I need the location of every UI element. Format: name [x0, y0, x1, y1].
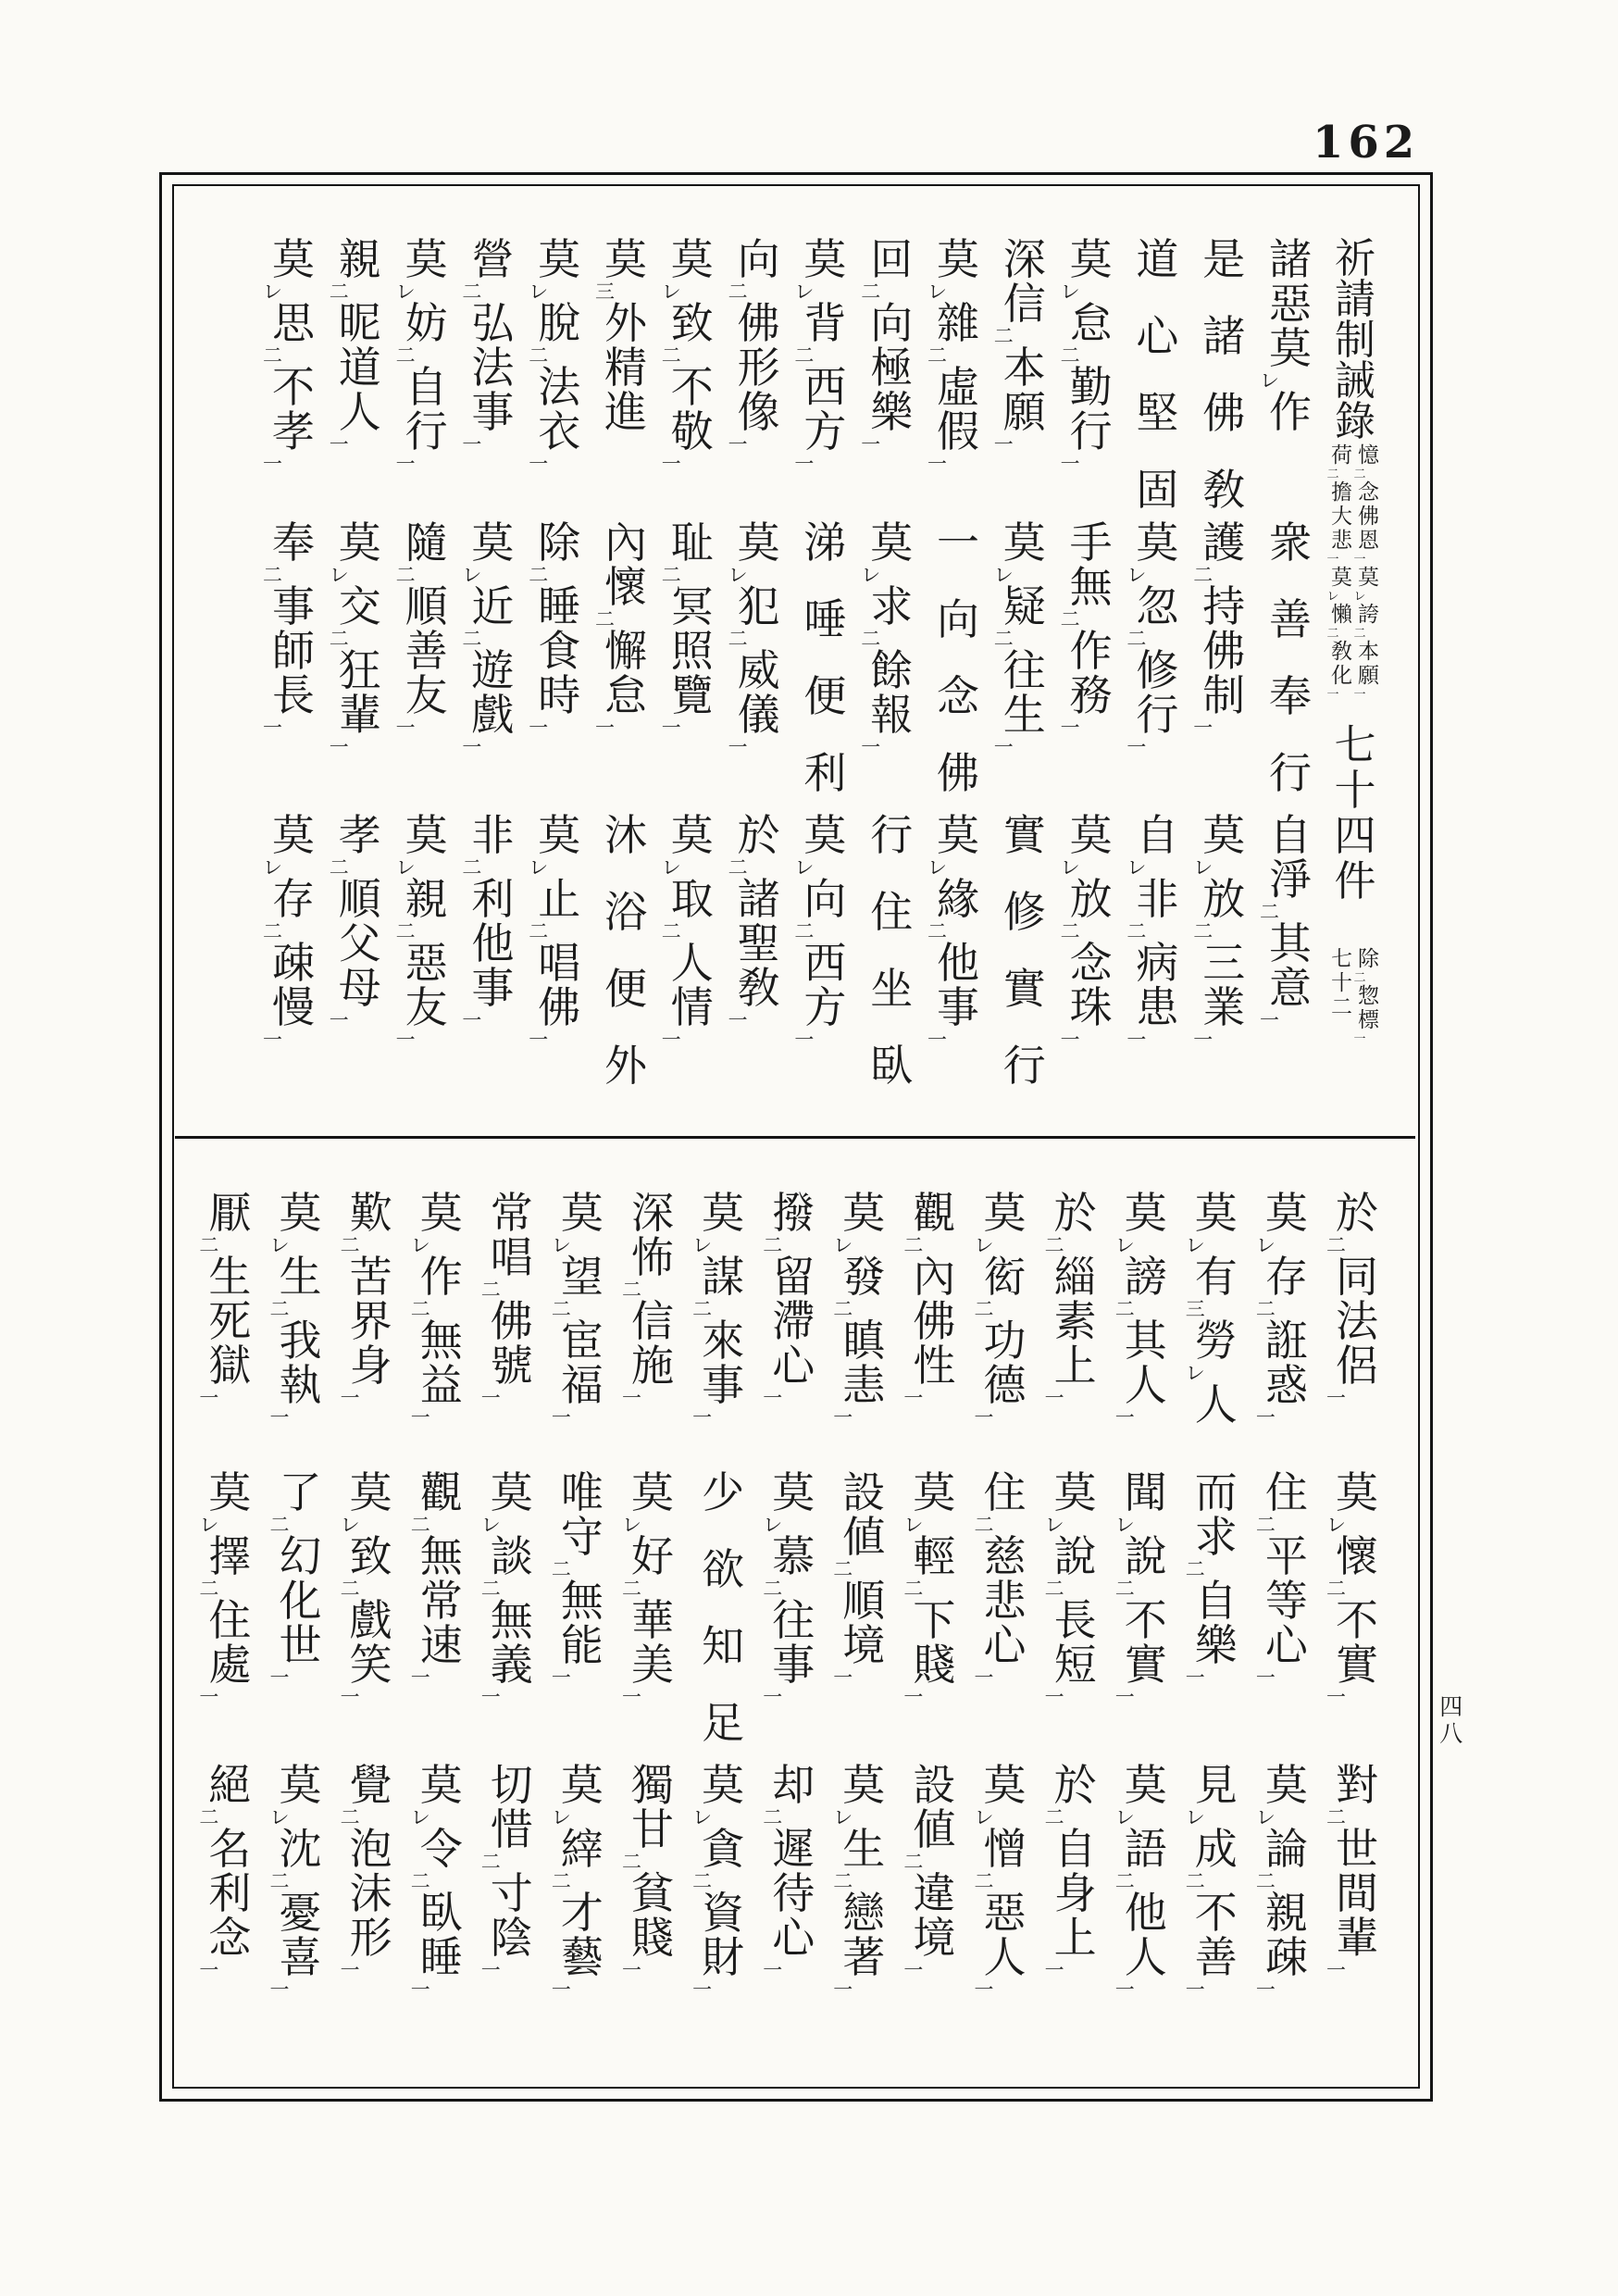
- kaeriten-mark: レ: [1256, 1809, 1276, 1826]
- kaeriten-mark: 一: [903, 1962, 923, 1978]
- kanji-char: 莫: [604, 239, 647, 281]
- kanji-char: 業: [1202, 987, 1245, 1029]
- kanji-char: 莫: [937, 815, 979, 856]
- kanji-char: 除: [1358, 948, 1379, 970]
- kanji-char: 照: [671, 630, 714, 672]
- kaeriten-mark: 一: [270, 1669, 290, 1686]
- kaeriten-mark: 二: [411, 1873, 430, 1890]
- kanji-char: 令: [420, 1828, 463, 1870]
- kaeriten-mark: レ: [1126, 567, 1146, 583]
- phrase-block: 於二諸聖敎一: [736, 815, 782, 1029]
- phrase-block: 莫レ背二西方一: [802, 239, 848, 472]
- kaeriten-mark: 一: [1354, 1033, 1366, 1044]
- kanji-char: 住: [1265, 1472, 1308, 1514]
- interlinear-note-line: 七十二: [1330, 948, 1354, 1044]
- kanji-char: 祈: [1335, 239, 1375, 280]
- kanji-char: 於: [738, 815, 780, 856]
- phrase-block: 莫レ生二我執一: [278, 1192, 324, 1426]
- kaeriten-mark: 二: [1326, 1809, 1346, 1826]
- phrase-block: 觀二內佛性一: [911, 1192, 957, 1406]
- kanji-char: 待: [772, 1873, 815, 1915]
- phrase-block: 莫レ貪二資財一: [700, 1765, 746, 1998]
- kanji-char: 生: [208, 1256, 251, 1298]
- phrase-block: 莫レ沈二憂喜一: [278, 1765, 324, 1998]
- kanji-char: 珠: [1070, 987, 1113, 1029]
- kaeriten-mark: 二: [1126, 923, 1146, 940]
- kaeriten-mark: 二: [552, 1561, 571, 1578]
- kanji-char: 對: [1336, 1765, 1378, 1806]
- kanji-char: 致: [671, 303, 714, 344]
- kaeriten-mark: 二: [1115, 1873, 1135, 1890]
- phrase-block: 常唱二佛號一: [489, 1192, 535, 1406]
- kanji-char: 坐: [870, 968, 913, 1010]
- kanji-char: 世: [280, 1625, 322, 1666]
- kanji-char: 務: [1070, 675, 1113, 717]
- kanji-char: 行: [405, 411, 448, 453]
- kanji-char: 設: [842, 1472, 885, 1514]
- kanji-char: 莫: [1070, 239, 1113, 281]
- phrase-block: 却二遲待心一: [770, 1765, 816, 1978]
- phrase-block: 莫レ存二疎慢一: [270, 815, 317, 1048]
- kanji-char: 化: [1331, 665, 1352, 687]
- kaeriten-mark: 一: [263, 719, 282, 736]
- kanji-char: 莫: [208, 1472, 251, 1514]
- kaeriten-mark: 二: [975, 1873, 994, 1890]
- kanji-char: 浴: [604, 892, 647, 933]
- kanji-char: 莫: [1195, 1192, 1238, 1234]
- kaeriten-mark: 一: [763, 1962, 782, 1978]
- kaeriten-mark: レ: [481, 1516, 501, 1533]
- kaeriten-mark: 二: [396, 347, 416, 364]
- phrase-block: 絕二名利念一: [206, 1765, 253, 1978]
- kanji-char: 敬: [671, 411, 714, 453]
- kaeriten-mark: 二: [270, 1873, 290, 1890]
- kanji-char: 人: [339, 392, 381, 433]
- kanji-char: 莫: [405, 815, 448, 856]
- kaeriten-mark: 二: [833, 1873, 853, 1890]
- kanji-char: 往: [772, 1600, 815, 1641]
- kaeriten-mark: 二: [622, 1853, 641, 1870]
- kaeriten-mark: レ: [833, 1237, 853, 1254]
- kaeriten-mark: 一: [975, 1669, 994, 1686]
- kanji-char: 誡: [1335, 361, 1375, 402]
- kanji-char: 諸: [738, 879, 780, 920]
- kaeriten-mark: 二: [270, 1516, 290, 1533]
- phrase-block: 非二利他事一: [469, 815, 516, 1029]
- kaeriten-mark: 一: [763, 1689, 782, 1705]
- kanji-char: 說: [1054, 1536, 1097, 1578]
- kanji-char: 說: [1125, 1536, 1167, 1578]
- kanbun-column: 莫レ存二誑惑一住二平等心一莫レ論二親疎一: [1263, 1189, 1310, 2040]
- kanji-char: 寸: [491, 1873, 533, 1915]
- kanji-char: 獄: [208, 1345, 251, 1387]
- phrase-block: 莫レ放二念珠一: [1068, 815, 1114, 1048]
- phrase-block: 營二弘法事一: [469, 239, 516, 453]
- kanbun-column: 莫レ謀二來事一少欲知足莫レ貪二資財一: [700, 1189, 746, 2040]
- kanji-char: 莫: [1202, 815, 1245, 856]
- phrase-block: 自淨二其意一: [1267, 815, 1313, 1029]
- kanji-char: 狂: [339, 650, 381, 692]
- phrase-block: 莫レ怠二勤行一: [1068, 239, 1114, 472]
- kanji-char: 知: [702, 1626, 744, 1667]
- kanji-char: 少: [702, 1472, 744, 1514]
- kanji-char: 無: [420, 1536, 463, 1578]
- interlinear-note-line: 荷二擔大悲一莫レ懶二敎化一: [1330, 444, 1354, 700]
- kanji-char: 惡: [1269, 283, 1312, 325]
- kaeriten-mark: 一: [903, 1390, 923, 1406]
- kanji-char: 疑: [1003, 586, 1046, 628]
- kanji-char: 切: [491, 1765, 533, 1806]
- kanji-char: 忽: [1136, 586, 1178, 628]
- kanji-char: 虛: [937, 367, 979, 408]
- kaeriten-mark: レ: [1115, 1516, 1135, 1533]
- kaeriten-mark: 二: [529, 347, 548, 364]
- kaeriten-mark: レ: [270, 1809, 290, 1826]
- kanji-char: 於: [1054, 1192, 1097, 1234]
- kanji-char: 事: [471, 967, 514, 1009]
- kanji-char: 境: [913, 1917, 955, 1959]
- kanji-char: 怠: [604, 675, 647, 717]
- kanji-char: 護: [1202, 522, 1245, 564]
- kanji-char: 莫: [280, 1192, 322, 1234]
- kanji-char: 向: [870, 303, 913, 344]
- kanji-char: 向: [738, 239, 780, 281]
- kaeriten-mark: レ: [1061, 283, 1080, 300]
- kaeriten-mark: 一: [1126, 739, 1146, 755]
- kanji-char: 實: [1336, 1644, 1378, 1686]
- kanji-char: 願: [1003, 392, 1046, 433]
- kanji-char: 莫: [538, 815, 580, 856]
- kaeriten-mark: 一: [833, 1409, 853, 1426]
- kanji-char: 滯: [772, 1301, 815, 1342]
- kanji-char: 莫: [671, 815, 714, 856]
- kanji-char: 善: [1269, 599, 1312, 641]
- phrase-block: 自レ非二病患一: [1134, 815, 1180, 1048]
- kaeriten-mark: レ: [1354, 591, 1366, 602]
- kanji-char: 戲: [350, 1600, 392, 1641]
- kaeriten-mark: レ: [552, 1809, 571, 1826]
- kaeriten-mark: レ: [861, 567, 880, 583]
- kaeriten-mark: 二: [622, 1580, 641, 1597]
- kanji-char: 獨: [631, 1765, 674, 1806]
- kanbun-column: 深怖二信施一莫レ好二華美一獨甘二貧賤一: [629, 1189, 676, 2040]
- kanji-char: 交: [339, 586, 381, 628]
- phrase-block: 內懷二懈怠一: [603, 522, 649, 736]
- kanji-char: 非: [1136, 879, 1178, 920]
- kaeriten-mark: 二: [330, 859, 349, 876]
- kanji-char: 莫: [631, 1472, 674, 1514]
- kanji-char: 世: [1336, 1828, 1378, 1870]
- phrase-block: 莫レ謀二來事一: [700, 1192, 746, 1426]
- kaeriten-mark: 一: [1326, 1689, 1346, 1705]
- kaeriten-mark: 二: [927, 347, 947, 364]
- kanji-char: 聞: [1125, 1472, 1167, 1514]
- kaeriten-mark: 一: [481, 1962, 501, 1978]
- kanji-char: 住: [208, 1600, 251, 1641]
- phrase-block: 莫レ思二不孝一: [270, 239, 317, 472]
- kanji-char: 同: [1336, 1256, 1378, 1298]
- kaeriten-mark: 二: [903, 1853, 923, 1870]
- kanji-char: 威: [738, 650, 780, 692]
- kanji-char: 擔: [1331, 481, 1352, 504]
- kanji-char: 輩: [339, 694, 381, 736]
- kanji-char: 衣: [538, 411, 580, 453]
- kanji-char: 營: [471, 239, 514, 281]
- kanji-char: 怠: [1070, 303, 1113, 344]
- kaeriten-mark: 一: [662, 1031, 681, 1048]
- document-title: 祈請制誡錄: [1332, 239, 1378, 443]
- kanji-char: 觀: [913, 1192, 955, 1234]
- kaeriten-mark: レ: [1115, 1809, 1135, 1826]
- kanji-char: 二: [1331, 996, 1352, 1018]
- kaeriten-mark: 二: [1115, 1301, 1135, 1317]
- kanji-char: 念: [1358, 481, 1379, 504]
- kaeriten-mark: レ: [529, 859, 548, 876]
- kanji-char: 緇: [1054, 1256, 1097, 1298]
- kaeriten-mark: 二: [1193, 567, 1213, 583]
- kanji-char: 聖: [738, 923, 780, 965]
- kanji-char: 藝: [561, 1937, 604, 1978]
- kanji-char: 取: [671, 879, 714, 920]
- kaeriten-mark: 一: [270, 1409, 290, 1426]
- kanji-char: 莫: [561, 1192, 604, 1234]
- kanji-char: 佛: [1202, 393, 1245, 434]
- kanji-char: 宦: [561, 1320, 604, 1362]
- kanji-char: 莫: [1125, 1765, 1167, 1806]
- kaeriten-mark: 一: [1061, 719, 1080, 736]
- kaeriten-mark: 二: [1186, 1873, 1205, 1890]
- kaeriten-mark: 二: [622, 1281, 641, 1298]
- kaeriten-mark: 二: [270, 1301, 290, 1317]
- phrase-block: 莫レ生二戀著一: [840, 1765, 887, 1998]
- kanji-char: 沈: [280, 1828, 322, 1870]
- kanbun-column: 莫レ謗二其人一聞レ說二不實一莫レ語二他人一: [1123, 1189, 1169, 2040]
- kanji-char: 莫: [937, 239, 979, 281]
- kanji-char: 無: [561, 1580, 604, 1622]
- kanji-char: 戀: [842, 1892, 885, 1934]
- kanji-char: 形: [738, 347, 780, 389]
- kaeriten-mark: レ: [1061, 859, 1080, 876]
- kaeriten-mark: レ: [927, 859, 947, 876]
- kaeriten-mark: 二: [903, 1237, 923, 1254]
- kanji-char: 情: [671, 987, 714, 1029]
- kanji-char: 法: [471, 347, 514, 389]
- kaeriten-mark: 一: [341, 1390, 360, 1406]
- kaeriten-mark: レ: [529, 283, 548, 300]
- phrase-block: 莫レ發二瞋恚一: [840, 1192, 887, 1426]
- kanji-char: 事: [272, 586, 315, 628]
- phrase-block: 少欲知足: [700, 1472, 746, 1744]
- kanji-char: 觀: [420, 1472, 463, 1514]
- kanbun-column: 撥二留滯心一莫レ慕二往事一却二遲待心一: [770, 1189, 816, 2040]
- kaeriten-mark: レ: [1126, 859, 1146, 876]
- kanji-char: 孝: [272, 411, 315, 453]
- kanji-char: 其: [1125, 1320, 1167, 1362]
- phrase-block: 深怖二信施一: [629, 1192, 676, 1406]
- kanji-char: 處: [208, 1644, 251, 1686]
- kaeriten-mark: レ: [794, 859, 814, 876]
- phrase-block: 莫レ慕二往事一: [770, 1472, 816, 1705]
- kanji-char: 了: [280, 1472, 322, 1514]
- kaeriten-mark: 一: [975, 1981, 994, 1998]
- kanji-char: 我: [280, 1320, 322, 1362]
- kaeriten-mark: レ: [622, 1516, 641, 1533]
- kanji-char: 功: [984, 1320, 1027, 1362]
- phrase-block: 回二向極樂一: [868, 239, 915, 453]
- kanji-char: 極: [870, 347, 913, 389]
- kanji-char: 莫: [405, 239, 448, 281]
- kanji-char: 莫: [1070, 815, 1113, 856]
- kanji-char: 冥: [671, 586, 714, 628]
- kanji-char: 求: [870, 586, 913, 628]
- kanji-char: 西: [803, 942, 846, 984]
- kanji-char: 懷: [1336, 1536, 1378, 1578]
- kaeriten-mark: レ: [330, 567, 349, 583]
- kanji-char: 除: [538, 522, 580, 564]
- kanji-char: 親: [339, 239, 381, 281]
- kaeriten-mark: 二: [1193, 923, 1213, 940]
- kaeriten-mark: 一: [728, 436, 748, 453]
- kanji-char: 往: [1003, 650, 1046, 692]
- kaeriten-mark: 二: [1260, 904, 1279, 920]
- kaeriten-mark: 二: [994, 328, 1014, 344]
- kaeriten-mark: 一: [1256, 1409, 1276, 1426]
- kaeriten-mark: 一: [199, 1390, 218, 1406]
- kanji-char: 莫: [803, 239, 846, 281]
- kaeriten-mark: 二: [462, 283, 481, 300]
- kanji-char: 錄: [1335, 402, 1375, 443]
- phrase-block: 親二昵道人一: [337, 239, 383, 453]
- kanji-char: 施: [631, 1345, 674, 1387]
- kanji-char: 誑: [1265, 1320, 1308, 1362]
- kanji-char: 能: [561, 1625, 604, 1666]
- kaeriten-mark: 一: [341, 1962, 360, 1978]
- kanji-char: 無: [420, 1320, 463, 1362]
- phrase-block: 莫レ忽二修行一: [1134, 522, 1180, 755]
- kanji-char: 道: [339, 347, 381, 389]
- kanji-char: 念: [1070, 942, 1113, 984]
- kanji-char: 甘: [631, 1809, 674, 1851]
- kaeriten-mark: 一: [1327, 689, 1339, 700]
- kaeriten-mark: 二: [1045, 1237, 1064, 1254]
- kaeriten-mark: 一: [529, 455, 548, 472]
- kanji-char: 談: [491, 1536, 533, 1578]
- kaeriten-mark: レ: [396, 859, 416, 876]
- kaeriten-mark: 一: [396, 1031, 416, 1048]
- kaeriten-mark: 一: [1045, 1689, 1064, 1705]
- kanbun-column: 莫レ生二我執一了二幻化世一莫レ沈二憂喜一: [278, 1189, 324, 2040]
- phrase-block: 歎二苦界身一: [348, 1192, 394, 1406]
- kanbun-column: 莫レ衒二功德一住二慈悲心一莫レ憎二惡人一: [982, 1189, 1028, 2040]
- kaeriten-mark: 一: [529, 1031, 548, 1048]
- kaeriten-mark: 二: [199, 1580, 218, 1597]
- kanji-char: 平: [1265, 1536, 1308, 1578]
- kaeriten-mark: 一: [1115, 1409, 1135, 1426]
- kanji-char: 慢: [272, 987, 315, 1029]
- kanji-char: 憶: [1358, 444, 1379, 467]
- kanji-char: 成: [1195, 1828, 1238, 1870]
- kanji-char: 雜: [937, 303, 979, 344]
- kanji-char: 貪: [702, 1828, 744, 1870]
- kanji-char: 惑: [1265, 1365, 1308, 1406]
- kaeriten-mark: レ: [994, 567, 1014, 583]
- kanbun-column: 莫レ背二西方一涕唾便利莫レ向二西方一: [802, 233, 848, 1085]
- kanji-char: 陰: [491, 1917, 533, 1959]
- phrase-block: 一向念佛: [935, 522, 981, 794]
- kaeriten-mark: 一: [1260, 1012, 1279, 1029]
- phrase-block: 獨甘二貧賤一: [629, 1765, 676, 1978]
- kaeriten-mark: 一: [1327, 554, 1339, 565]
- kanji-char: 致: [350, 1536, 392, 1578]
- kanji-char: 莫: [671, 239, 714, 281]
- kaeriten-mark: 一: [1186, 1981, 1205, 1998]
- kanji-char: 患: [1136, 987, 1178, 1029]
- kanji-char: 値: [913, 1809, 955, 1851]
- phrase-block: 觀二無常速一: [418, 1472, 465, 1686]
- phrase-block: 行住坐臥: [868, 815, 915, 1087]
- kanji-char: 放: [1202, 879, 1245, 920]
- kaeriten-mark: 二: [1061, 347, 1080, 364]
- phrase-block: 諸惡莫レ作: [1267, 239, 1313, 433]
- kaeriten-mark: レ: [396, 283, 416, 300]
- kanji-char: 大: [1331, 505, 1352, 528]
- kanji-char: 莫: [913, 1472, 955, 1514]
- kaeriten-mark: 一: [1045, 1390, 1064, 1406]
- kaeriten-mark: 二: [1256, 1516, 1276, 1533]
- kanbun-column: 深信二本願一莫レ疑二往生一實修實行: [1002, 233, 1048, 1085]
- kaeriten-mark: レ: [903, 1516, 923, 1533]
- phrase-block: 莫レ犯二威儀一: [736, 522, 782, 755]
- kanji-char: 語: [1125, 1828, 1167, 1870]
- kaeriten-mark: 二: [692, 1301, 712, 1317]
- kaeriten-mark: レ: [833, 1809, 853, 1826]
- kanbun-column: 厭二生死獄一莫レ擇二住處一絕二名利念一: [206, 1189, 253, 2040]
- kaeriten-mark: 一: [692, 1409, 712, 1426]
- kaeriten-mark: レ: [1260, 372, 1279, 389]
- kaeriten-mark: 二: [341, 1580, 360, 1597]
- kanji-char: 固: [1136, 469, 1178, 511]
- kaeriten-mark: 二: [763, 1237, 782, 1254]
- kaeriten-mark: 二: [1256, 1301, 1276, 1317]
- kanji-char: 違: [913, 1873, 955, 1915]
- kanji-char: 莫: [842, 1765, 885, 1806]
- kanji-char: 堅: [1136, 393, 1178, 434]
- kaeriten-mark: レ: [462, 567, 481, 583]
- kaeriten-mark: 一: [396, 719, 416, 736]
- kaeriten-mark: 二: [692, 1873, 712, 1890]
- kaeriten-mark: 一: [481, 1390, 501, 1406]
- kanji-char: 莫: [272, 239, 315, 281]
- kaeriten-mark: 一: [330, 739, 349, 755]
- kanbun-column: 歎二苦界身一莫レ致二戲笑一覺二泡沫形一: [348, 1189, 394, 2040]
- kaeriten-mark: 一: [975, 1409, 994, 1426]
- kanji-char: 是: [1202, 239, 1245, 281]
- kanji-char: 臥: [420, 1892, 463, 1934]
- kaeriten-mark: レ: [692, 1809, 712, 1826]
- kanji-char: 莫: [984, 1192, 1027, 1234]
- kaeriten-mark: 二: [1186, 1561, 1205, 1578]
- kanji-char: 內: [604, 522, 647, 564]
- kanji-char: 行: [1136, 694, 1178, 736]
- kanji-char: 止: [538, 879, 580, 920]
- kanji-char: 著: [842, 1937, 885, 1978]
- kanji-char: 件: [1334, 860, 1375, 903]
- kanji-char: 莫: [471, 522, 514, 564]
- kaeriten-mark: 二: [763, 1809, 782, 1826]
- kanji-char: 心: [772, 1345, 815, 1387]
- kanji-char: 請: [1335, 280, 1375, 320]
- kanji-char: 敎: [1331, 641, 1352, 663]
